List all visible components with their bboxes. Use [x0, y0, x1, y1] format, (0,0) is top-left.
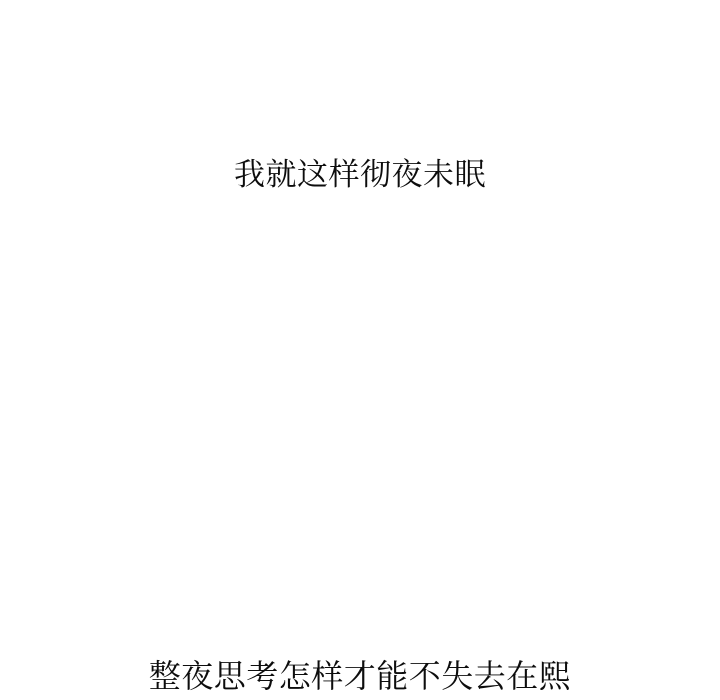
narration-text-top: 我就这样彻夜未眠	[0, 160, 720, 191]
narration-text-bottom: 整夜思考怎样才能不失去在熙	[0, 660, 720, 692]
webtoon-blank-panel: 我就这样彻夜未眠 整夜思考怎样才能不失去在熙	[0, 0, 720, 700]
